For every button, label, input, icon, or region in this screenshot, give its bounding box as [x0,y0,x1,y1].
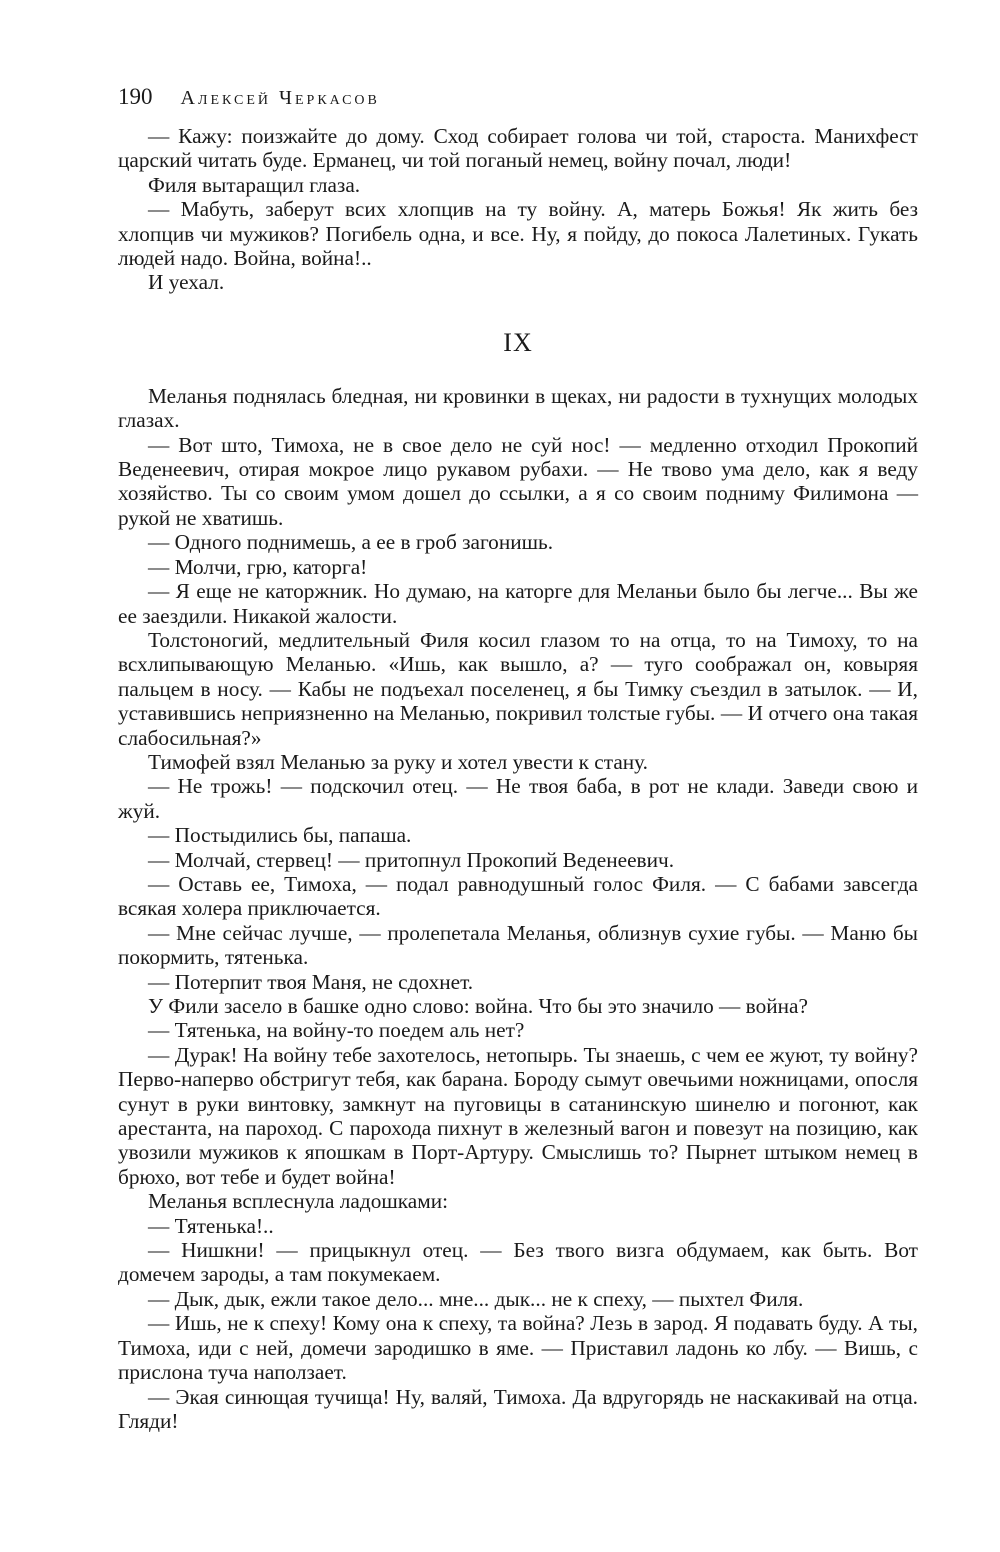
paragraph: — Экая синющая тучища! Ну, валяй, Тимоха… [118,1385,918,1434]
paragraph: — Мне сейчас лучше, — пролепетала Мелань… [118,921,918,970]
paragraph: — Молчи, грю, каторга! [118,555,918,579]
paragraph: — Постыдились бы, папаша. [118,823,918,847]
paragraph: — Кажу: поизжайте до дому. Сход собирает… [118,124,918,173]
paragraph: — Я еще не каторжник. Но думаю, на катор… [118,579,918,628]
text-before-chapter: — Кажу: поизжайте до дому. Сход собирает… [118,124,918,295]
paragraph: Тимофей взял Меланью за руку и хотел уве… [118,750,918,774]
paragraph: — Вот што, Тимоха, не в свое дело не суй… [118,433,918,531]
paragraph: Филя вытаращил глаза. [118,173,918,197]
paragraph: — Тятенька!.. [118,1214,918,1238]
chapter-heading: IX [118,328,918,358]
paragraph: — Оставь ее, Тимоха, — подал равнодушный… [118,872,918,921]
paragraph: Меланья всплеснула ладошками: [118,1189,918,1213]
text-after-chapter: Меланья поднялась бледная, ни кровинки в… [118,384,918,1433]
paragraph: — Ишь, не к спеху! Кому она к спеху, та … [118,1311,918,1384]
paragraph: Меланья поднялась бледная, ни кровинки в… [118,384,918,433]
paragraph: — Молчай, стервец! — притопнул Прокопий … [118,848,918,872]
paragraph: — Потерпит твоя Маня, не сдохнет. [118,970,918,994]
paragraph: — Тятенька, на войну-то поедем аль нет? [118,1018,918,1042]
paragraph: — Нишкни! — прицыкнул отец. — Без твого … [118,1238,918,1287]
running-head-author: Алексей Черкасов [181,87,380,110]
paragraph: — Мабуть, заберут всих хлопцив на ту вой… [118,197,918,270]
paragraph: — Дык, дык, ежли такое дело... мне... ды… [118,1287,918,1311]
paragraph: — Не трожь! — подскочил отец. — Не твоя … [118,774,918,823]
paragraph: — Дурак! На войну тебе захотелось, нетоп… [118,1043,918,1189]
book-page: 190 Алексей Черкасов — Кажу: поизжайте д… [118,84,918,1433]
paragraph: Толстоногий, медлительный Филя косил гла… [118,628,918,750]
paragraph: — Одного поднимешь, а ее в гроб загонишь… [118,530,918,554]
page-number: 190 [118,84,153,110]
paragraph: И уехал. [118,270,918,294]
page-header: 190 Алексей Черкасов [118,84,918,124]
paragraph: У Фили засело в башке одно слово: война.… [118,994,918,1018]
